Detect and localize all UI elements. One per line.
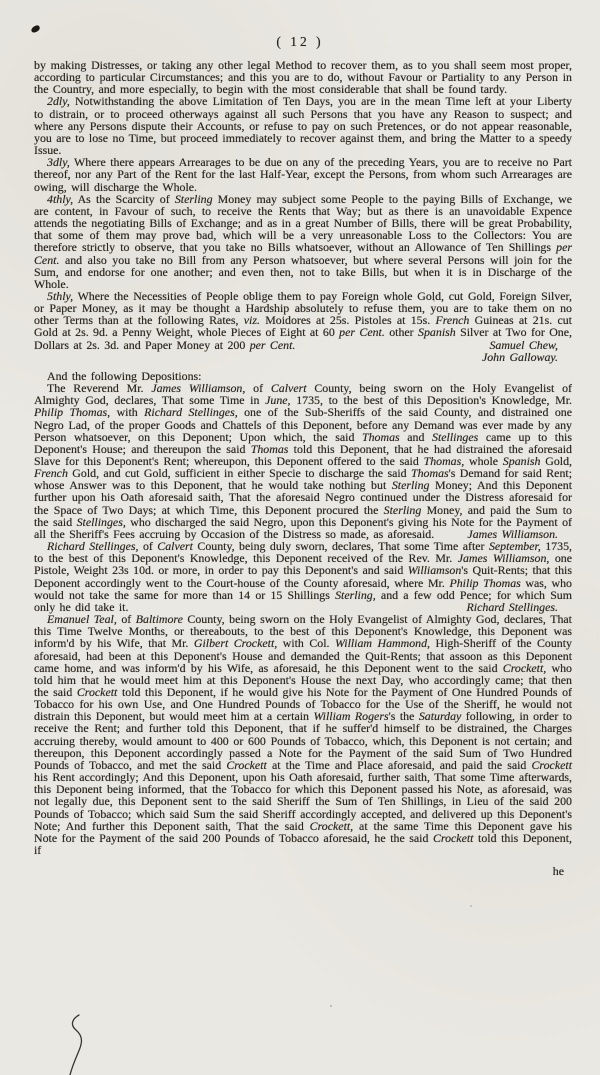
deposition-teal: Emanuel Teal, of Baltimore County, being… (34, 613, 572, 856)
page-number: ( 12 ) (0, 0, 600, 50)
italic-run: Crockett, (310, 819, 353, 833)
italic-run: Gilbert Crockett, (194, 636, 277, 650)
paper-specks (0, 0, 2, 2)
catchword: he (34, 865, 572, 877)
italic-run: Philip Thomas (449, 576, 520, 590)
signature: John Galloway. (34, 351, 558, 363)
italic-run: Crockett (532, 758, 573, 772)
italic-run: Saturday (419, 709, 462, 723)
italic-run: Richard Stellinges, (47, 539, 139, 553)
instruction-4thly: 4thly, As the Scarcity of Sterling Money… (34, 193, 572, 290)
italic-run: per Cent. (250, 338, 296, 352)
italic-run: Sterling (392, 478, 430, 492)
italic-run: per Cent. (339, 325, 385, 339)
italic-run: viz. (244, 313, 260, 327)
italic-run: June, (265, 393, 290, 407)
italic-run: William Rogers (313, 709, 388, 723)
italic-run: James Williamson, (458, 551, 550, 565)
italic-run: Crockett, (503, 661, 546, 675)
deposition-williamson: The Reverend Mr. James Williamson, of Ca… (34, 382, 572, 540)
italic-run: 2dly, (47, 94, 70, 108)
italic-run: Sterling, (335, 588, 376, 602)
italic-run: Crockett (226, 758, 267, 772)
italic-run: per Cent. (34, 240, 572, 266)
scanned-document-page: ( 12 ) by making Distresses, or taking a… (0, 0, 600, 1075)
italic-run: Stellinges, (77, 515, 126, 529)
instructions-continuation: by making Distresses, or taking any othe… (34, 59, 572, 95)
italic-run: Spanish (418, 325, 456, 339)
italic-run: Sterling (175, 192, 213, 206)
italic-run: Thomas (251, 442, 289, 456)
italic-run: Richard Stellinges, (144, 405, 238, 419)
instruction-2dly: 2dly, Notwithstanding the above Limitati… (34, 95, 572, 156)
italic-run: 4thly, (47, 192, 73, 206)
instruction-3dly: 3dly, Where there appears Arrearages to … (34, 156, 572, 192)
italic-run: 3dly, (47, 155, 70, 169)
italic-run: Emanuel Teal, (47, 612, 117, 626)
italic-run: Thomas (362, 430, 400, 444)
italic-run: Baltimore (136, 612, 183, 626)
text-body: by making Distresses, or taking any othe… (34, 59, 572, 856)
italic-run: William Hammond, (335, 636, 430, 650)
italic-run: Spanish (503, 454, 541, 468)
italic-run: 5thly, (47, 289, 73, 303)
pen-stroke-artifact (63, 1014, 93, 1075)
italic-run: Crockett (433, 831, 474, 845)
italic-run: Sterling (384, 503, 422, 517)
italic-run: Calvert (157, 539, 193, 553)
italic-run: French (34, 466, 68, 480)
italic-run: Crockett (77, 685, 118, 699)
italic-run: Stellinges (432, 430, 478, 444)
italic-run: James Williamson, (151, 381, 245, 395)
italic-run: Philip Thomas, (34, 405, 110, 419)
